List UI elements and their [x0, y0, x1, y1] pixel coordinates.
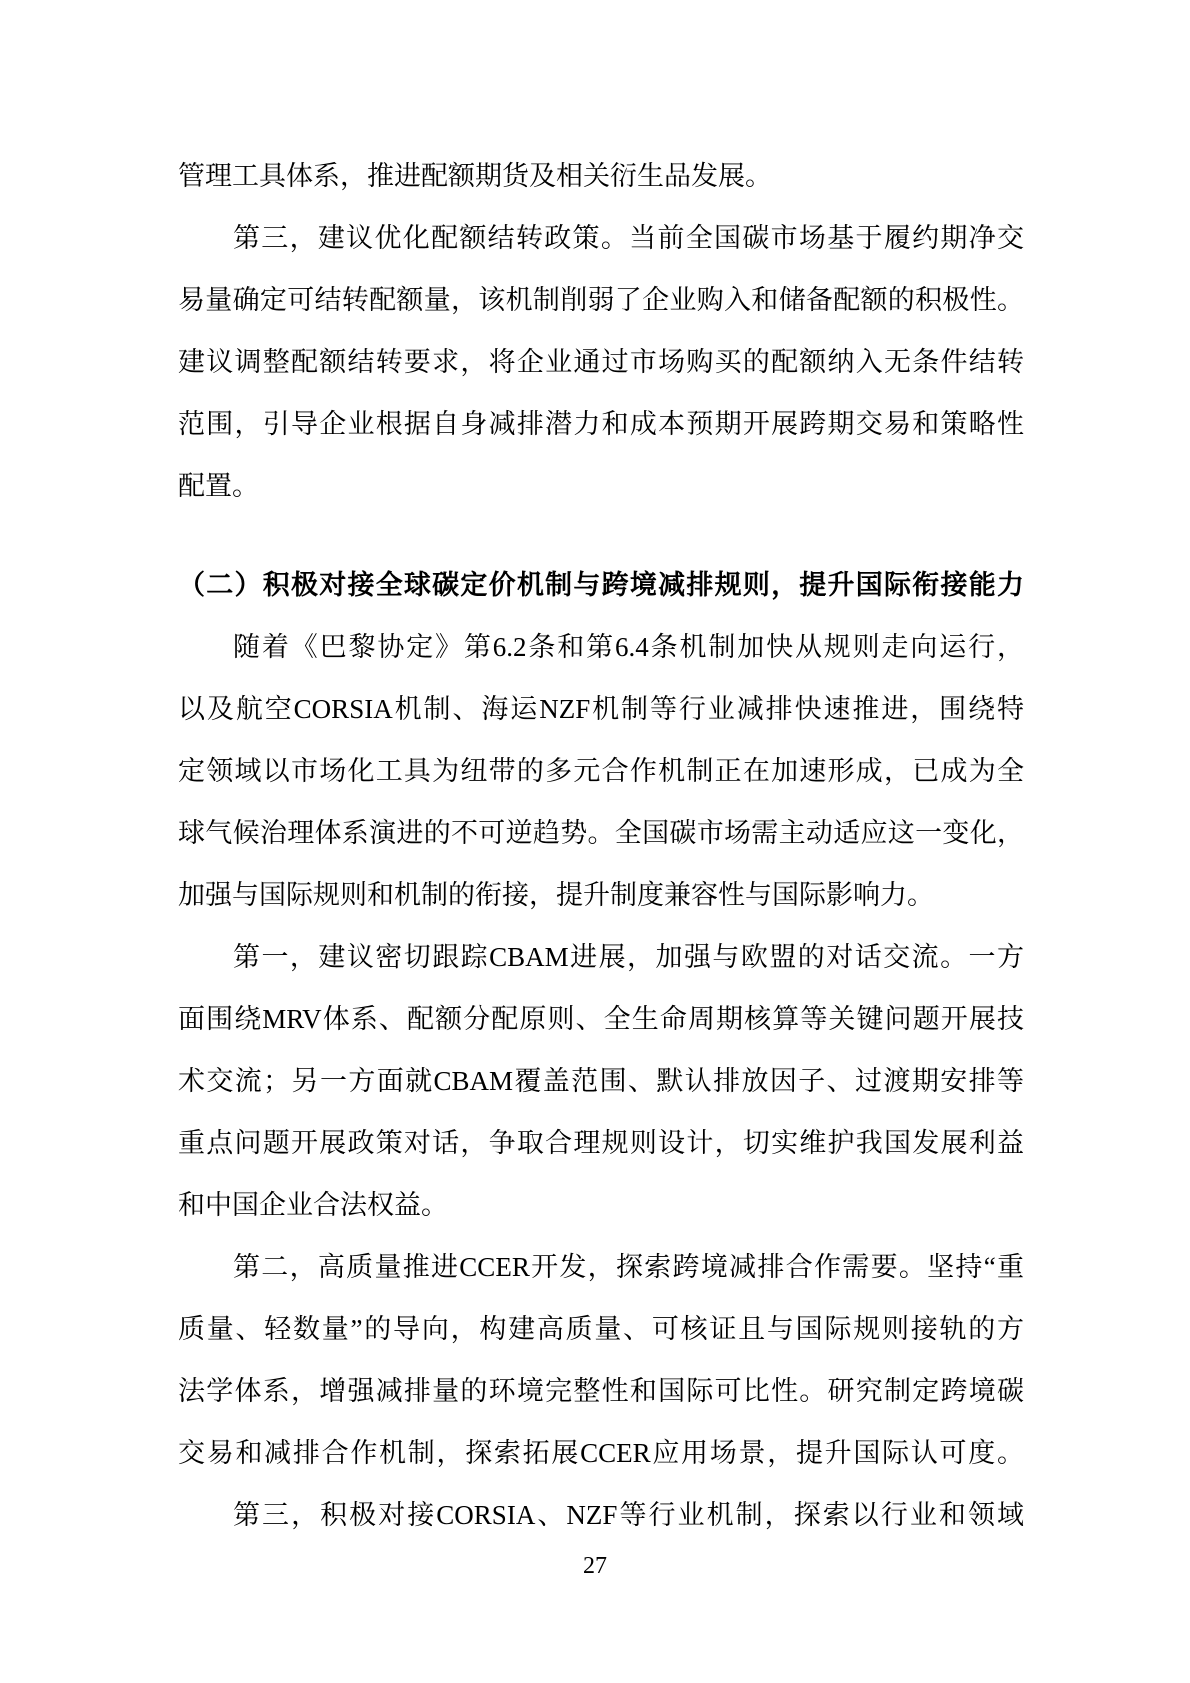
body-text-line: 面围绕MRV体系、配额分配原则、全生命周期核算等关键问题开展技	[178, 988, 1024, 1050]
body-text-line: 交易和减排合作机制，探索拓展CCER应用场景，提升国际认可度。	[178, 1422, 1024, 1484]
body-text-line: 第一，建议密切跟踪CBAM进展，加强与欧盟的对话交流。一方	[178, 926, 1024, 988]
body-text-line: 以及航空CORSIA机制、海运NZF机制等行业减排快速推进，围绕特	[178, 678, 1024, 740]
body-text-line: 球气候治理体系演进的不可逆趋势。全国碳市场需主动适应这一变化，	[178, 802, 1024, 864]
body-text-line: 和中国企业合法权益。	[178, 1174, 1024, 1236]
body-text-line: 配置。	[178, 455, 1024, 517]
body-text-line: 范围，引导企业根据自身减排潜力和成本预期开展跨期交易和策略性	[178, 393, 1024, 455]
body-text-line: 管理工具体系，推进配额期货及相关衍生品发展。	[178, 145, 1024, 207]
page-number: 27	[0, 1552, 1190, 1580]
body-text-line: 法学体系，增强减排量的环境完整性和国际可比性。研究制定跨境碳	[178, 1360, 1024, 1422]
body-text-line: 加强与国际规则和机制的衔接，提升制度兼容性与国际影响力。	[178, 864, 1024, 926]
body-text-line: 术交流；另一方面就CBAM覆盖范围、默认排放因子、过渡期安排等	[178, 1050, 1024, 1112]
body-text-line: 建议调整配额结转要求，将企业通过市场购买的配额纳入无条件结转	[178, 331, 1024, 393]
body-text-line: 定领域以市场化工具为纽带的多元合作机制正在加速形成，已成为全	[178, 740, 1024, 802]
body-text-line: 第三，积极对接CORSIA、NZF等行业机制，探索以行业和领域	[178, 1484, 1024, 1546]
body-text-line: 随着《巴黎协定》第6.2条和第6.4条机制加快从规则走向运行，	[178, 616, 1024, 678]
section-heading: （二）积极对接全球碳定价机制与跨境减排规则，提升国际衔接能力	[178, 554, 1024, 616]
body-text-line: 重点问题开展政策对话，争取合理规则设计，切实维护我国发展利益	[178, 1112, 1024, 1174]
body-text-line: 质量、轻数量”的导向，构建高质量、可核证且与国际规则接轨的方	[178, 1298, 1024, 1360]
body-text-line: 易量确定可结转配额量，该机制削弱了企业购入和储备配额的积极性。	[178, 269, 1024, 331]
document-page: 管理工具体系，推进配额期货及相关衍生品发展。 第三，建议优化配额结转政策。当前全…	[0, 0, 1190, 1683]
body-text-line: 第三，建议优化配额结转政策。当前全国碳市场基于履约期净交	[178, 207, 1024, 269]
body-text-line: 第二，高质量推进CCER开发，探索跨境减排合作需要。坚持“重	[178, 1236, 1024, 1298]
